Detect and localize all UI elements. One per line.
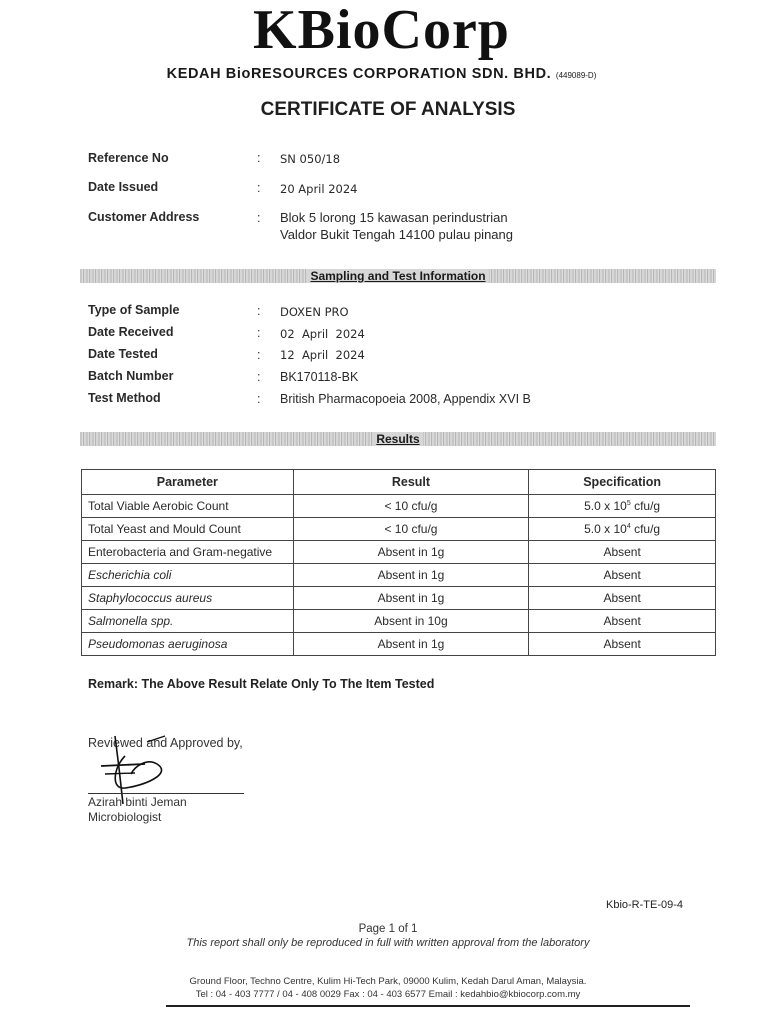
- column-header-specification: Specification: [529, 470, 716, 495]
- results-table: Parameter Result Specification Total Via…: [81, 469, 716, 656]
- company-logo-text: KBioCorp: [0, 2, 763, 58]
- table-row: Enterobacteria and Gram-negativeAbsent i…: [82, 541, 716, 564]
- reference-no-value: SN 050/18: [280, 152, 340, 166]
- separator: :: [257, 211, 260, 225]
- customer-address-line1: Blok 5 lorong 15 kawasan perindustrian: [280, 210, 508, 225]
- table-row: Total Viable Aerobic Count< 10 cfu/g5.0 …: [82, 495, 716, 518]
- result-cell: Absent in 1g: [293, 587, 529, 610]
- signatory-role: Microbiologist: [88, 810, 161, 824]
- date-issued-value: 20 April 2024: [280, 182, 358, 196]
- signature-line: [88, 793, 244, 794]
- batch-number-label: Batch Number: [88, 369, 173, 383]
- specification-cell: Absent: [529, 541, 716, 564]
- specification-cell: Absent: [529, 564, 716, 587]
- specification-cell: 5.0 x 104 cfu/g: [529, 518, 716, 541]
- separator: :: [257, 304, 260, 318]
- reproduction-notice: This report shall only be reproduced in …: [0, 937, 763, 949]
- parameter-cell: Enterobacteria and Gram-negative: [82, 541, 294, 564]
- date-tested-value: 12 April 2024: [280, 348, 365, 362]
- date-received-label: Date Received: [88, 325, 173, 339]
- specification-cell: 5.0 x 105 cfu/g: [529, 495, 716, 518]
- separator: :: [257, 392, 260, 406]
- parameter-cell: Escherichia coli: [82, 564, 294, 587]
- column-header-result: Result: [293, 470, 529, 495]
- company-name: KEDAH BioRESOURCES CORPORATION SDN. BHD.…: [0, 66, 763, 82]
- page-number: Page 1 of 1: [0, 923, 763, 935]
- parameter-cell: Salmonella spp.: [82, 610, 294, 633]
- results-section-title-text: Results: [373, 432, 422, 446]
- signatory-name: Azirah binti Jeman: [88, 795, 187, 809]
- separator: :: [257, 370, 260, 384]
- date-issued-label: Date Issued: [88, 180, 158, 194]
- column-header-parameter: Parameter: [82, 470, 294, 495]
- spec-base: 5.0 x 10: [584, 499, 627, 513]
- remark-text: Remark: The Above Result Relate Only To …: [88, 677, 434, 691]
- batch-number-value: BK170118-BK: [280, 370, 358, 384]
- table-row: Escherichia coliAbsent in 1gAbsent: [82, 564, 716, 587]
- result-cell: Absent in 1g: [293, 541, 529, 564]
- specification-cell: Absent: [529, 633, 716, 656]
- document-code: Kbio-R-TE-09-4: [606, 899, 683, 911]
- result-cell: Absent in 10g: [293, 610, 529, 633]
- customer-address-line2: Valdor Bukit Tengah 14100 pulau pinang: [280, 227, 513, 242]
- table-row: Staphylococcus aureusAbsent in 1gAbsent: [82, 587, 716, 610]
- result-cell: < 10 cfu/g: [293, 495, 529, 518]
- reference-no-label: Reference No: [88, 151, 169, 165]
- company-contact: Tel : 04 - 403 7777 / 04 - 408 0029 Fax …: [0, 989, 763, 1000]
- spec-base: 5.0 x 10: [584, 522, 627, 536]
- parameter-cell: Total Yeast and Mould Count: [82, 518, 294, 541]
- table-header-row: Parameter Result Specification: [82, 470, 716, 495]
- separator: :: [257, 151, 260, 165]
- type-of-sample-label: Type of Sample: [88, 303, 179, 317]
- parameter-cell: Pseudomonas aeruginosa: [82, 633, 294, 656]
- sampling-section-title: Sampling and Test Information: [80, 269, 716, 283]
- test-method-label: Test Method: [88, 391, 161, 405]
- parameter-cell: Total Viable Aerobic Count: [82, 495, 294, 518]
- type-of-sample-value: DOXEN PRO: [280, 305, 349, 319]
- result-cell: < 10 cfu/g: [293, 518, 529, 541]
- company-address: Ground Floor, Techno Centre, Kulim Hi-Te…: [0, 976, 763, 987]
- spec-unit: cfu/g: [631, 499, 660, 513]
- specification-cell: Absent: [529, 587, 716, 610]
- date-tested-label: Date Tested: [88, 347, 158, 361]
- result-cell: Absent in 1g: [293, 564, 529, 587]
- spec-unit: cfu/g: [631, 522, 660, 536]
- results-section-title: Results: [80, 432, 716, 446]
- separator: :: [257, 326, 260, 340]
- company-name-text: KEDAH BioRESOURCES CORPORATION SDN. BHD.: [167, 66, 552, 82]
- date-received-value: 02 April 2024: [280, 327, 365, 341]
- document-title: CERTIFICATE OF ANALYSIS: [0, 99, 763, 121]
- footer-rule: [166, 1005, 690, 1007]
- specification-cell: Absent: [529, 610, 716, 633]
- test-method-value: British Pharmacopoeia 2008, Appendix XVI…: [280, 392, 531, 406]
- parameter-cell: Staphylococcus aureus: [82, 587, 294, 610]
- separator: :: [257, 348, 260, 362]
- sampling-section-title-text: Sampling and Test Information: [307, 269, 488, 283]
- result-cell: Absent in 1g: [293, 633, 529, 656]
- table-row: Total Yeast and Mould Count< 10 cfu/g5.0…: [82, 518, 716, 541]
- separator: :: [257, 181, 260, 195]
- table-row: Pseudomonas aeruginosaAbsent in 1gAbsent: [82, 633, 716, 656]
- company-registration: (449089-D): [556, 71, 596, 80]
- table-row: Salmonella spp.Absent in 10gAbsent: [82, 610, 716, 633]
- customer-address-label: Customer Address: [88, 210, 199, 224]
